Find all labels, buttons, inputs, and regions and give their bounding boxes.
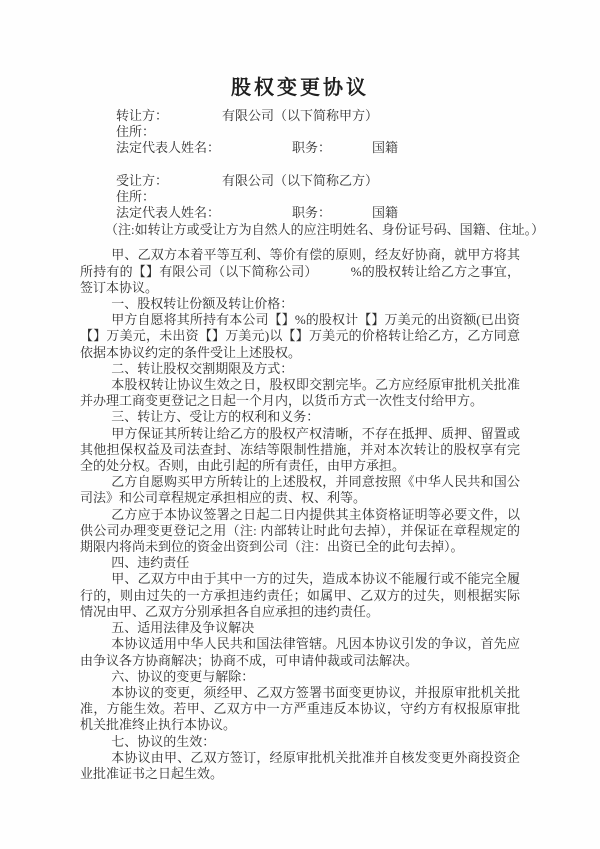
transferee-address-label: 住所： xyxy=(116,189,155,204)
transferor-position-label: 职务： xyxy=(292,140,372,156)
transferee-rep-row: 法定代表人姓名：职务：国籍 xyxy=(116,205,520,221)
transferor-address-label: 住所： xyxy=(116,124,155,139)
section-heading-1: 一、股权转让份额及转让价格： xyxy=(80,296,520,312)
section-heading-3: 三、转让方、受让方的权利和义务： xyxy=(80,409,520,425)
transferee-label: 受让方： xyxy=(116,173,222,189)
transferor-rep-row: 法定代表人姓名：职务：国籍 xyxy=(116,140,520,156)
section-heading-6: 六、协议的变更与解除： xyxy=(80,669,520,685)
paragraph: 本协议适用中华人民共和国法律管辖。凡因本协议引发的争议，首先应由争议各方协商解决… xyxy=(80,636,520,668)
transferee-address-row: 住所： xyxy=(116,189,520,205)
transferor-address-row: 住所： xyxy=(116,124,520,140)
paragraph: 乙方自愿购买甲方所转让的上述股权，并同意按照《中华人民共和国公司法》和公司章程规… xyxy=(80,474,520,506)
paragraph: 甲方自愿将其所持有本公司【】%的股权计【】万美元的出资额(已出资【】万美元，未出… xyxy=(80,312,520,361)
page-title: 股权变更协议 xyxy=(80,76,520,100)
transferor-block: 转让方：有限公司（以下简称甲方） 住所： 法定代表人姓名：职务：国籍 xyxy=(80,108,520,157)
paragraph: 本协议的变更，须经甲、乙双方签署书面变更协议，并报原审批机关批准，方能生效。若甲… xyxy=(80,685,520,734)
transferee-party-row: 受让方：有限公司（以下简称乙方） xyxy=(116,173,520,189)
section-heading-7: 七、协议的生效： xyxy=(80,734,520,750)
paragraph: 乙方应于本协议签署之日起二日内提供其主体资格证明等必要文件，以供公司办理变更登记… xyxy=(80,507,520,556)
transferor-label: 转让方： xyxy=(116,108,222,124)
transferee-position-label: 职务： xyxy=(292,205,372,221)
intro-paragraph: 甲、乙双方本着平等互利、等价有偿的原则，经友好协商，就甲方将其所持有的【】有限公… xyxy=(80,247,520,296)
natural-person-note: （注:如转让方或受让方为自然人的应注明姓名、身份证号码、国籍、住址。） xyxy=(80,222,520,238)
transferor-party-row: 转让方：有限公司（以下简称甲方） xyxy=(116,108,520,124)
paragraph: 甲方保证其所转让给乙方的股权产权清晰，不存在抵押、质押、留置或其他担保权益及司法… xyxy=(80,426,520,475)
transferor-nationality-label: 国籍 xyxy=(372,140,398,155)
transferor-value: 有限公司（以下简称甲方） xyxy=(222,108,378,123)
transferee-nationality-label: 国籍 xyxy=(372,205,398,220)
paragraph: 本股权转让协议生效之日，股权即交割完毕。乙方应经原审批机关批准并办理工商变更登记… xyxy=(80,377,520,409)
paragraph: 甲、乙双方中由于其中一方的过失，造成本协议不能履行或不能完全履行的，则由过失的一… xyxy=(80,571,520,620)
transferee-value: 有限公司（以下简称乙方） xyxy=(222,173,378,188)
agreement-body: 甲、乙双方本着平等互利、等价有偿的原则，经友好协商，就甲方将其所持有的【】有限公… xyxy=(80,247,520,782)
transferor-rep-label: 法定代表人姓名： xyxy=(116,140,292,156)
section-heading-5: 五、适用法律及争议解决 xyxy=(80,620,520,636)
section-heading-4: 四、违约责任 xyxy=(80,555,520,571)
paragraph: 本协议由甲、乙双方签订，经原审批机关批准并自核发变更外商投资企业批准证书之日起生… xyxy=(80,750,520,782)
document-page: 股权变更协议 转让方：有限公司（以下简称甲方） 住所： 法定代表人姓名：职务：国… xyxy=(0,0,600,849)
section-heading-2: 二、转让股权交割期限及方式： xyxy=(80,361,520,377)
transferee-rep-label: 法定代表人姓名： xyxy=(116,205,292,221)
transferee-block: 受让方：有限公司（以下简称乙方） 住所： 法定代表人姓名：职务：国籍 xyxy=(80,173,520,222)
